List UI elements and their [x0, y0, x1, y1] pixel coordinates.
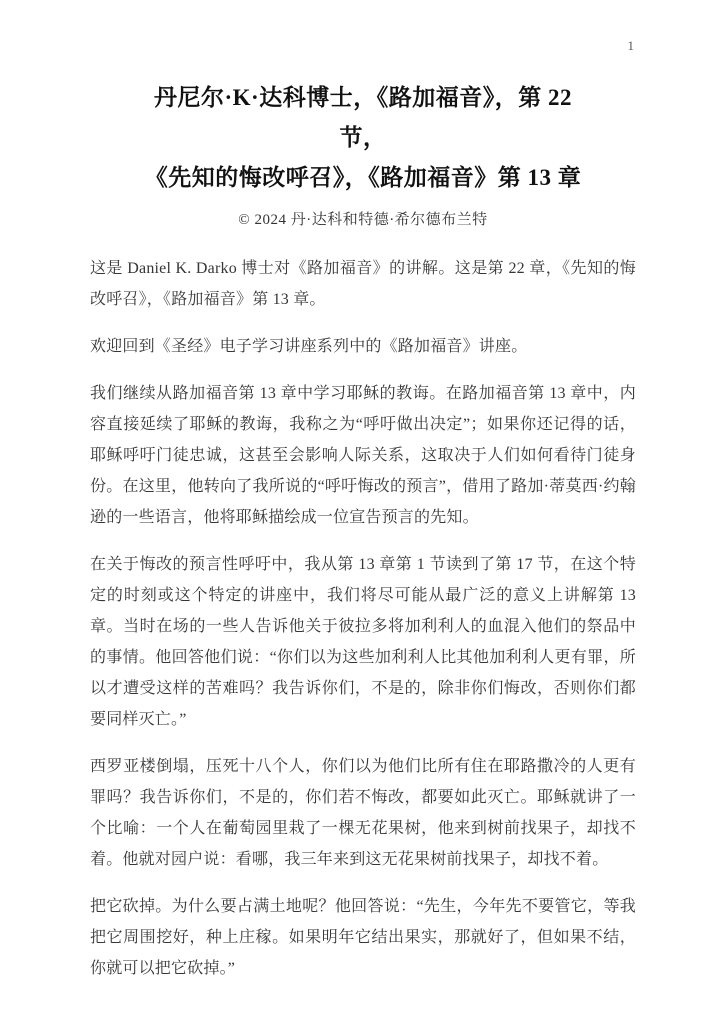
paragraph-5: 西罗亚楼倒塌，压死十八个人，你们以为他们比所有住在耶路撒冷的人更有罪吗？我告诉你…: [90, 751, 636, 875]
paragraph-3: 我们继续从路加福音第 13 章中学习耶稣的教诲。在路加福音第 13 章中，内容直…: [90, 378, 636, 533]
title-line-1: 丹尼尔·K·达科博士，《路加福音》，第 22: [90, 78, 636, 118]
paragraph-1: 这是 Daniel K. Darko 博士对《路加福音》的讲解。这是第 22 章…: [90, 253, 636, 315]
title-line-2: 节，: [90, 118, 636, 158]
document-title: 丹尼尔·K·达科博士，《路加福音》，第 22 节， 《先知的悔改呼召》，《路加福…: [90, 78, 636, 198]
title-line-3: 《先知的悔改呼召》，《路加福音》第 13 章: [90, 158, 636, 198]
paragraph-2: 欢迎回到《圣经》电子学习讲座系列中的《路加福音》讲座。: [90, 331, 636, 362]
document-body: 这是 Daniel K. Darko 博士对《路加福音》的讲解。这是第 22 章…: [90, 253, 636, 984]
document-page: 1 丹尼尔·K·达科博士，《路加福音》，第 22 节， 《先知的悔改呼召》，《路…: [0, 0, 724, 1024]
paragraph-4: 在关于悔改的预言性呼吁中，我从第 13 章第 1 节读到了第 17 节，在这个特…: [90, 549, 636, 735]
page-number: 1: [628, 38, 635, 54]
paragraph-6: 把它砍掉。为什么要占满土地呢？他回答说：“先生，今年先不要管它，等我把它周围挖好…: [90, 891, 636, 984]
copyright-line: © 2024 丹·达科和特德·希尔德布兰特: [90, 208, 636, 229]
